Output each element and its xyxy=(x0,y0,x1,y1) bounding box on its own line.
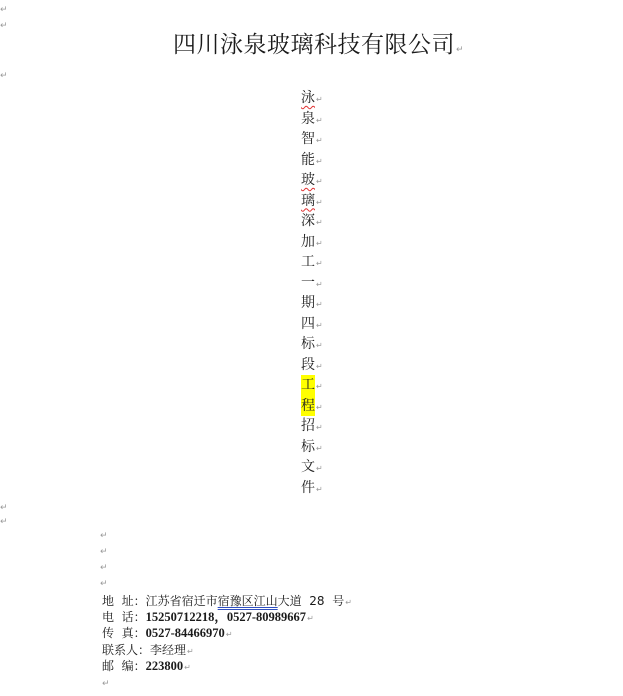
paragraph-mark: ↵ xyxy=(316,95,323,104)
paragraph-mark: ↵ xyxy=(456,45,464,55)
paragraph-mark: ↵ xyxy=(187,647,194,656)
paragraph-mark: ↵ xyxy=(345,598,352,607)
paragraph-mark: ↵ xyxy=(316,341,323,350)
postcode-row: 邮 编：223800↵ xyxy=(102,658,352,674)
vertical-char: 深↵ xyxy=(301,211,341,232)
vertical-char: 泉↵ xyxy=(301,109,341,130)
paragraph-mark: ↵ xyxy=(0,518,8,527)
paragraph-mark: ↵ xyxy=(316,300,323,309)
address-row: 地 址：江苏省宿迁市宿豫区江山大道 28 号↵ xyxy=(102,593,352,609)
address-value-part2: 大道 28 号 xyxy=(278,594,345,608)
vertical-char: 文↵ xyxy=(301,457,341,478)
fax-value: 0527-84466970 xyxy=(146,626,225,640)
paragraph-mark: ↵ xyxy=(316,198,323,207)
paragraph-mark: ↵ xyxy=(316,259,323,268)
contact-person-value: 李经理 xyxy=(150,643,186,657)
vertical-char: 璃↵ xyxy=(301,191,341,212)
address-value-underlined: 宿豫区江山 xyxy=(218,594,278,608)
vertical-char-highlighted: 程↵ xyxy=(301,396,341,417)
paragraph-mark: ↵ xyxy=(316,321,323,330)
vertical-char: 期↵ xyxy=(301,293,341,314)
paragraph-mark: ↵ xyxy=(226,630,233,639)
vertical-char: 招↵ xyxy=(301,416,341,437)
paragraph-mark: ↵ xyxy=(316,423,323,432)
vertical-char: 一↵ xyxy=(301,273,341,294)
phone-value: 15250712218，0527-80989667 xyxy=(146,610,306,624)
vertical-char: 玻↵ xyxy=(301,170,341,191)
paragraph-mark: ↵ xyxy=(316,464,323,473)
fax-label: 传 真： xyxy=(102,626,146,640)
paragraph-mark: ↵ xyxy=(0,6,8,15)
vertical-char: 件↵ xyxy=(301,478,341,499)
contact-person-label: 联系人： xyxy=(102,643,150,657)
paragraph-mark: ↵ xyxy=(316,444,323,453)
paragraph-mark: ↵ xyxy=(316,239,323,248)
contact-info[interactable]: 地 址：江苏省宿迁市宿豫区江山大道 28 号↵ 电 话：15250712218，… xyxy=(102,593,352,674)
phone-row: 电 话：15250712218，0527-80989667↵ xyxy=(102,609,352,625)
vertical-char: 能↵ xyxy=(301,150,341,171)
company-title-text: 四川泳泉玻璃科技有限公司 xyxy=(173,32,455,58)
paragraph-mark: ↵ xyxy=(102,680,110,689)
vertical-char-highlighted: 工↵ xyxy=(301,375,341,396)
paragraph-mark: ↵ xyxy=(100,532,108,548)
paragraph-mark: ↵ xyxy=(100,564,108,580)
company-title[interactable]: 四川泳泉玻璃科技有限公司↵ xyxy=(173,31,464,59)
vertical-char: 段↵ xyxy=(301,355,341,376)
address-label: 地 址： xyxy=(102,594,146,608)
paragraph-mark: ↵ xyxy=(307,614,314,623)
vertical-char: 标↵ xyxy=(301,334,341,355)
paragraph-mark: ↵ xyxy=(316,177,323,186)
vertical-char: 加↵ xyxy=(301,232,341,253)
paragraph-mark: ↵ xyxy=(0,72,8,81)
address-value-part1: 江苏省宿迁市 xyxy=(146,594,218,608)
paragraph-mark: ↵ xyxy=(316,280,323,289)
vertical-char: 工↵ xyxy=(301,252,341,273)
vertical-char: 智↵ xyxy=(301,129,341,150)
paragraph-mark: ↵ xyxy=(316,136,323,145)
fax-row: 传 真：0527-84466970↵ xyxy=(102,625,352,641)
paragraph-mark: ↵ xyxy=(0,22,8,31)
paragraph-mark: ↵ xyxy=(316,403,323,412)
postcode-label: 邮 编： xyxy=(102,659,146,673)
postcode-value: 223800 xyxy=(146,659,184,673)
paragraph-mark: ↵ xyxy=(184,663,191,672)
vertical-char: 泳↵ xyxy=(301,88,341,109)
paragraph-mark: ↵ xyxy=(316,218,323,227)
paragraph-mark: ↵ xyxy=(316,362,323,371)
paragraph-mark: ↵ xyxy=(100,548,108,564)
paragraph-mark: ↵ xyxy=(0,504,8,513)
vertical-char: 四↵ xyxy=(301,314,341,335)
paragraph-mark: ↵ xyxy=(316,485,323,494)
empty-paragraphs: ↵ ↵ ↵ ↵ xyxy=(100,532,108,596)
paragraph-mark: ↵ xyxy=(316,157,323,166)
paragraph-mark: ↵ xyxy=(316,116,323,125)
phone-label: 电 话： xyxy=(102,610,146,624)
vertical-title[interactable]: 泳↵ 泉↵ 智↵ 能↵ 玻↵ 璃↵ 深↵ 加↵ 工↵ 一↵ 期↵ 四↵ 标↵ 段… xyxy=(301,88,341,498)
vertical-char: 标↵ xyxy=(301,437,341,458)
contact-person-row: 联系人：李经理↵ xyxy=(102,642,352,658)
paragraph-mark: ↵ xyxy=(316,382,323,391)
